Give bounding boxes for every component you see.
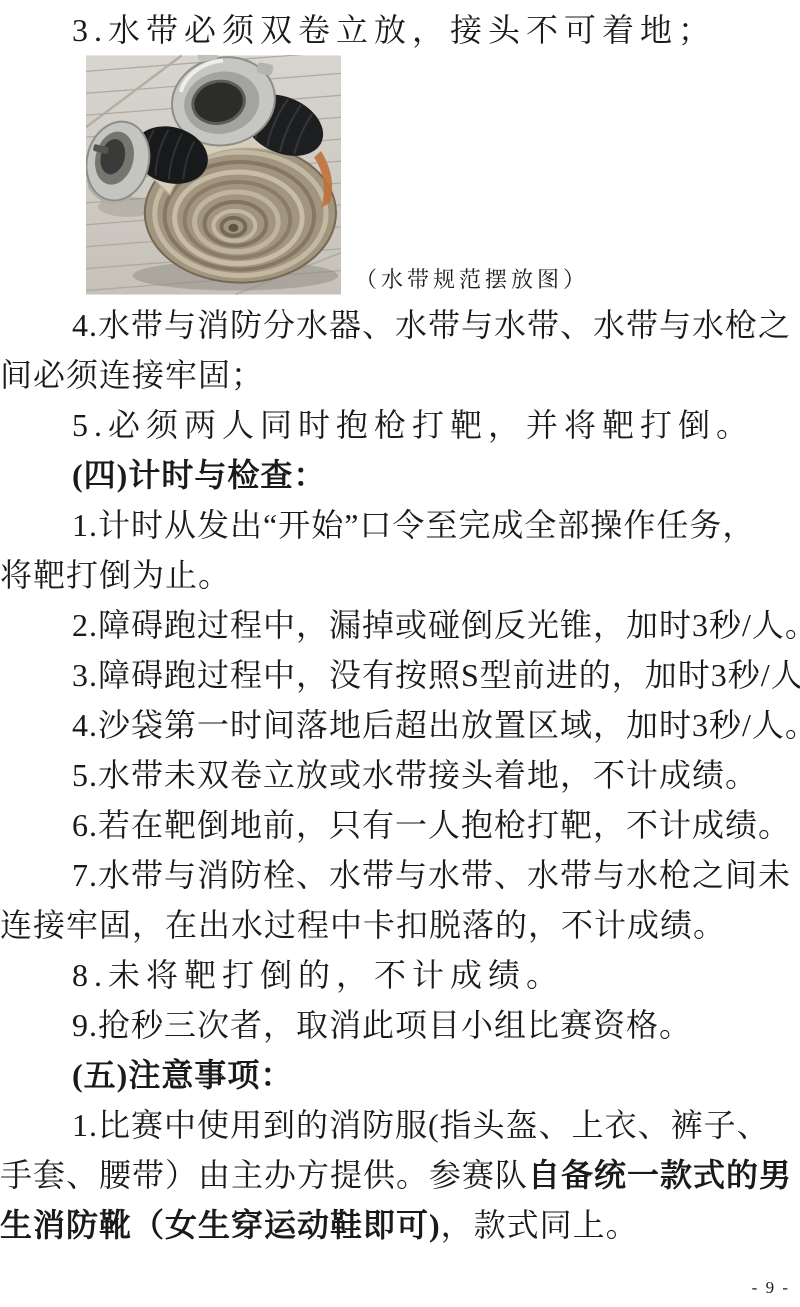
timing-rule-5: 5.水带未双卷立放或水带接头着地，不计成绩。 bbox=[0, 750, 800, 800]
timing-rule-4: 4.沙袋第一时间落地后超出放置区域，加时3秒/人。 bbox=[0, 700, 800, 750]
timing-rule-1-line2: 将靶打倒为止。 bbox=[0, 550, 800, 600]
timing-rule-6: 6.若在靶倒地前，只有一人抱枪打靶，不计成绩。 bbox=[0, 800, 800, 850]
note-1-line2-bold: 自备统一款式的男 bbox=[528, 1157, 792, 1193]
note-1-line3-bold: 生消防靴（女生穿运动鞋即可) bbox=[0, 1207, 441, 1243]
timing-rule-9: 9.抢秒三次者，取消此项目小组比赛资格。 bbox=[0, 1000, 800, 1050]
rule-hose-double-roll: 3.水带必须双卷立放，接头不可着地； bbox=[0, 5, 800, 55]
timing-rule-7-line2: 连接牢固，在出水过程中卡扣脱落的，不计成绩。 bbox=[0, 900, 800, 950]
timing-rule-7-line1: 7.水带与消防栓、水带与水带、水带与水枪之间未 bbox=[0, 850, 800, 900]
note-1-line1: 1.比赛中使用到的消防服(指头盔、上衣、裤子、 bbox=[0, 1100, 800, 1150]
note-1-line3-normal: ，款式同上。 bbox=[441, 1207, 639, 1243]
note-1-line3: 生消防靴（女生穿运动鞋即可)，款式同上。 bbox=[0, 1200, 800, 1250]
page-number: - 9 - bbox=[752, 1278, 790, 1298]
fire-hose-photo bbox=[86, 55, 341, 295]
section-heading-timing-check: (四)计时与检查： bbox=[0, 450, 800, 500]
timing-rule-3: 3.障碍跑过程中，没有按照S型前进的，加时3秒/人。 bbox=[0, 650, 800, 700]
rule-two-person-target: 5.必须两人同时抱枪打靶，并将靶打倒。 bbox=[0, 400, 800, 450]
rule-hose-connections-line2: 间必须连接牢固； bbox=[0, 350, 800, 400]
document-page: 3.水带必须双卷立放，接头不可着地； bbox=[0, 0, 800, 1250]
section-heading-notes: (五)注意事项： bbox=[0, 1050, 800, 1100]
figure-caption: （水带规范摆放图） bbox=[355, 267, 589, 293]
timing-rule-2: 2.障碍跑过程中，漏掉或碰倒反光锥，加时3秒/人。 bbox=[0, 600, 800, 650]
note-1-line2: 手套、腰带）由主办方提供。参赛队自备统一款式的男 bbox=[0, 1150, 800, 1200]
note-1-line2-normal: 手套、腰带）由主办方提供。参赛队 bbox=[0, 1157, 528, 1193]
figure: （水带规范摆放图） bbox=[86, 55, 800, 295]
timing-rule-8: 8.未将靶打倒的，不计成绩。 bbox=[0, 950, 800, 1000]
timing-rule-1-line1: 1.计时从发出“开始”口令至完成全部操作任务， bbox=[0, 500, 800, 550]
rule-hose-connections-line1: 4.水带与消防分水器、水带与水带、水带与水枪之 bbox=[0, 300, 800, 350]
